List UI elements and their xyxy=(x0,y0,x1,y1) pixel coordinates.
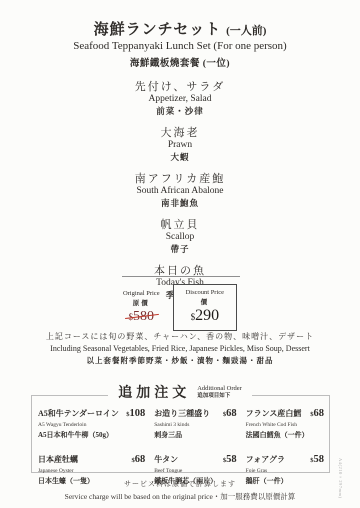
additional-title-cn: 追加項目如下 xyxy=(197,393,242,400)
item-name-cn: 法國白鱈魚（一件） xyxy=(246,430,324,440)
item-price: $68 xyxy=(310,403,324,421)
item-name-jp: フランス産白鱈 xyxy=(246,408,302,419)
additional-items-grid: A5和牛テンダーロイン $108 A5 Wagyu Tenderloin A5日… xyxy=(38,403,324,486)
additional-order-title: 追加注文 Additional Order 追加項目如下 xyxy=(0,382,360,402)
item-name-jp: 日本産牡蠣 xyxy=(38,454,78,465)
course-name-en: Scallop xyxy=(0,232,360,242)
additional-item: お造り三種盛り $68 Sashimi 3 kinds 刺身三品 xyxy=(154,403,236,440)
title-japanese-note: (一人前) xyxy=(226,25,266,37)
item-price: $108 xyxy=(126,403,145,421)
discount-price-label-en: Discount Price xyxy=(186,289,224,296)
includes-jp: 上記コースには旬の野菜、チャーハン、香の物、味噌汁、デザート xyxy=(0,331,360,342)
menu-page: 海鮮ランチセット (一人前) Seafood Teppanyaki Lunch … xyxy=(0,0,360,508)
discount-price-value: $290 xyxy=(186,307,224,325)
course-name-jp: 大海老 xyxy=(0,124,360,140)
original-price-label-cn: 原價 xyxy=(123,298,160,307)
course-name-en: South African Abalone xyxy=(0,186,360,196)
course-name-jp: 帆立貝 xyxy=(0,216,360,232)
course-list: 先付け、サラダ Appetizer, Salad 前菜・沙律 大海老 Prawn… xyxy=(0,78,360,308)
course-name-en: Prawn xyxy=(0,140,360,150)
original-price-value: $580 xyxy=(129,309,155,325)
additional-item: A5和牛テンダーロイン $108 A5 Wagyu Tenderloin A5日… xyxy=(38,403,145,440)
discount-price-label-cn: 價 xyxy=(186,297,224,306)
item-name-en: Japanese Oyster xyxy=(38,468,145,474)
item-name-en: French White Cod Fish xyxy=(246,422,324,428)
service-charge-jp: サービス料は原価で計算します xyxy=(0,479,360,489)
item-name-en: A5 Wagyu Tenderloin xyxy=(38,422,145,428)
original-price-amount: 580 xyxy=(133,309,154,324)
course-item: 南アフリカ産鮑 South African Abalone 南非鮑魚 xyxy=(0,170,360,209)
item-price: $68 xyxy=(131,449,145,467)
item-name-cn: 刺身三品 xyxy=(154,430,236,440)
original-price-label-en: Original Price xyxy=(123,290,160,297)
item-name-jp: フォアグラ xyxy=(246,454,285,465)
service-charge-en-cn: Service charge will be based on the orig… xyxy=(0,491,360,502)
course-name-cn: 南非鮑魚 xyxy=(0,197,360,209)
discount-price-amount: 290 xyxy=(195,307,219,324)
print-spec-note: A4(210×297mm) xyxy=(338,458,343,499)
course-name-cn: 帶子 xyxy=(0,243,360,255)
item-name-jp: お造り三種盛り xyxy=(154,408,210,419)
includes-note: 上記コースには旬の野菜、チャーハン、香の物、味噌汁、デザート Including… xyxy=(0,331,360,366)
item-price: $58 xyxy=(223,449,237,467)
item-price: $58 xyxy=(310,449,324,467)
additional-title-jp: 追加注文 xyxy=(118,382,190,402)
pricing-row: Original Price 原價 $580 Discount Price 價 … xyxy=(0,284,360,331)
item-name-en: Beef Tongue xyxy=(154,468,236,474)
menu-header: 海鮮ランチセット (一人前) Seafood Teppanyaki Lunch … xyxy=(0,18,360,69)
discount-price-box: Discount Price 價 $290 xyxy=(173,284,237,331)
includes-en: Including Seasonal Vegetables, Fried Ric… xyxy=(0,344,360,353)
original-price-block: Original Price 原價 $580 xyxy=(123,284,160,331)
course-item: 帆立貝 Scallop 帶子 xyxy=(0,216,360,255)
title-english: Seafood Teppanyaki Lunch Set (For one pe… xyxy=(0,40,360,52)
includes-cn: 以上套餐附季節野菜・炒飯・漬物・麵豉湯・甜品 xyxy=(0,355,360,366)
title-chinese: 海鮮鐵板燒套餐 (一位) xyxy=(0,55,360,69)
service-charge-note: サービス料は原価で計算します Service charge will be ba… xyxy=(0,479,360,502)
course-name-cn: 前菜・沙律 xyxy=(0,105,360,117)
section-divider xyxy=(122,276,240,277)
course-name-en: Appetizer, Salad xyxy=(0,94,360,104)
course-item: 先付け、サラダ Appetizer, Salad 前菜・沙律 xyxy=(0,78,360,117)
course-name-cn: 大蝦 xyxy=(0,151,360,163)
item-name-cn: A5日本和牛牛柳（50g） xyxy=(38,430,145,440)
course-name-jp: 先付け、サラダ xyxy=(0,78,360,94)
item-name-en: Sashimi 3 kinds xyxy=(154,422,236,428)
additional-title-en: Additional Order xyxy=(197,385,242,393)
item-name-jp: 牛タン xyxy=(154,454,178,465)
additional-item: フランス産白鱈 $68 French White Cod Fish 法國白鱈魚（… xyxy=(246,403,324,440)
item-name-en: Foie Gras xyxy=(246,468,324,474)
item-price: $68 xyxy=(223,403,237,421)
title-japanese-text: 海鮮ランチセット xyxy=(94,22,222,38)
title-japanese: 海鮮ランチセット (一人前) xyxy=(0,18,360,39)
item-name-jp: A5和牛テンダーロイン xyxy=(38,408,119,419)
course-item: 大海老 Prawn 大蝦 xyxy=(0,124,360,163)
course-name-jp: 南アフリカ産鮑 xyxy=(0,170,360,186)
